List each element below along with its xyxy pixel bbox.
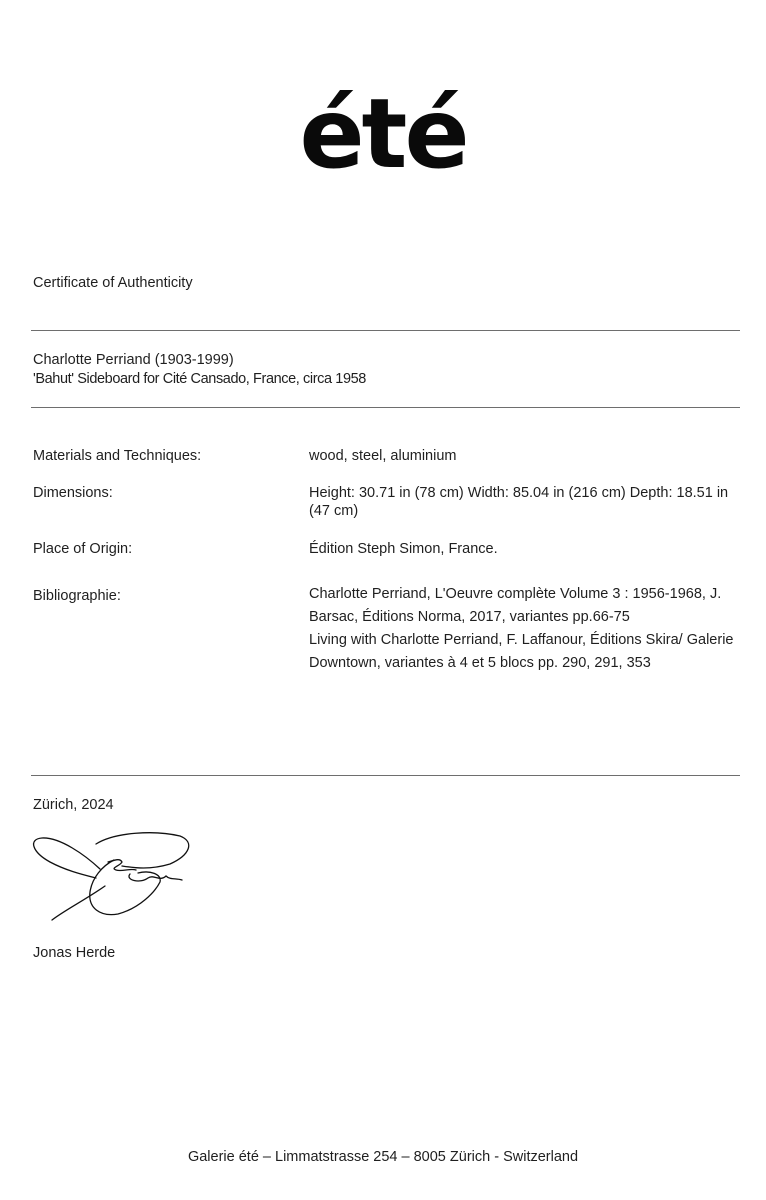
artwork-title: 'Bahut' Sideboard for Cité Cansado, Fran… xyxy=(33,370,366,388)
gallery-address: Galerie été – Limmatstrasse 254 – 8005 Z… xyxy=(0,1149,766,1165)
divider-top xyxy=(31,330,740,331)
place-date: Zürich, 2024 xyxy=(33,796,114,814)
bibliography-entry: Charlotte Perriand, L'Oeuvre complète Vo… xyxy=(309,583,737,629)
gallery-logo: été xyxy=(0,86,766,182)
bibliography-list: Charlotte Perriand, L'Oeuvre complète Vo… xyxy=(309,583,737,675)
materials-value: wood, steel, aluminium xyxy=(309,447,737,465)
artist-name: Charlotte Perriand (1903-1999) xyxy=(33,351,234,369)
origin-label: Place of Origin: xyxy=(33,540,132,558)
bibliography-label: Bibliographie: xyxy=(33,587,121,605)
divider-middle xyxy=(31,407,740,408)
signatory-name: Jonas Herde xyxy=(33,944,115,962)
signature-image xyxy=(30,830,205,930)
origin-value: Édition Steph Simon, France. xyxy=(309,540,737,558)
dimensions-value: Height: 30.71 in (78 cm) Width: 85.04 in… xyxy=(309,484,737,520)
bibliography-entry: Living with Charlotte Perriand, F. Laffa… xyxy=(309,629,737,675)
divider-bottom xyxy=(31,775,740,776)
materials-label: Materials and Techniques: xyxy=(33,447,201,465)
dimensions-label: Dimensions: xyxy=(33,484,113,502)
certificate-title: Certificate of Authenticity xyxy=(33,274,193,292)
